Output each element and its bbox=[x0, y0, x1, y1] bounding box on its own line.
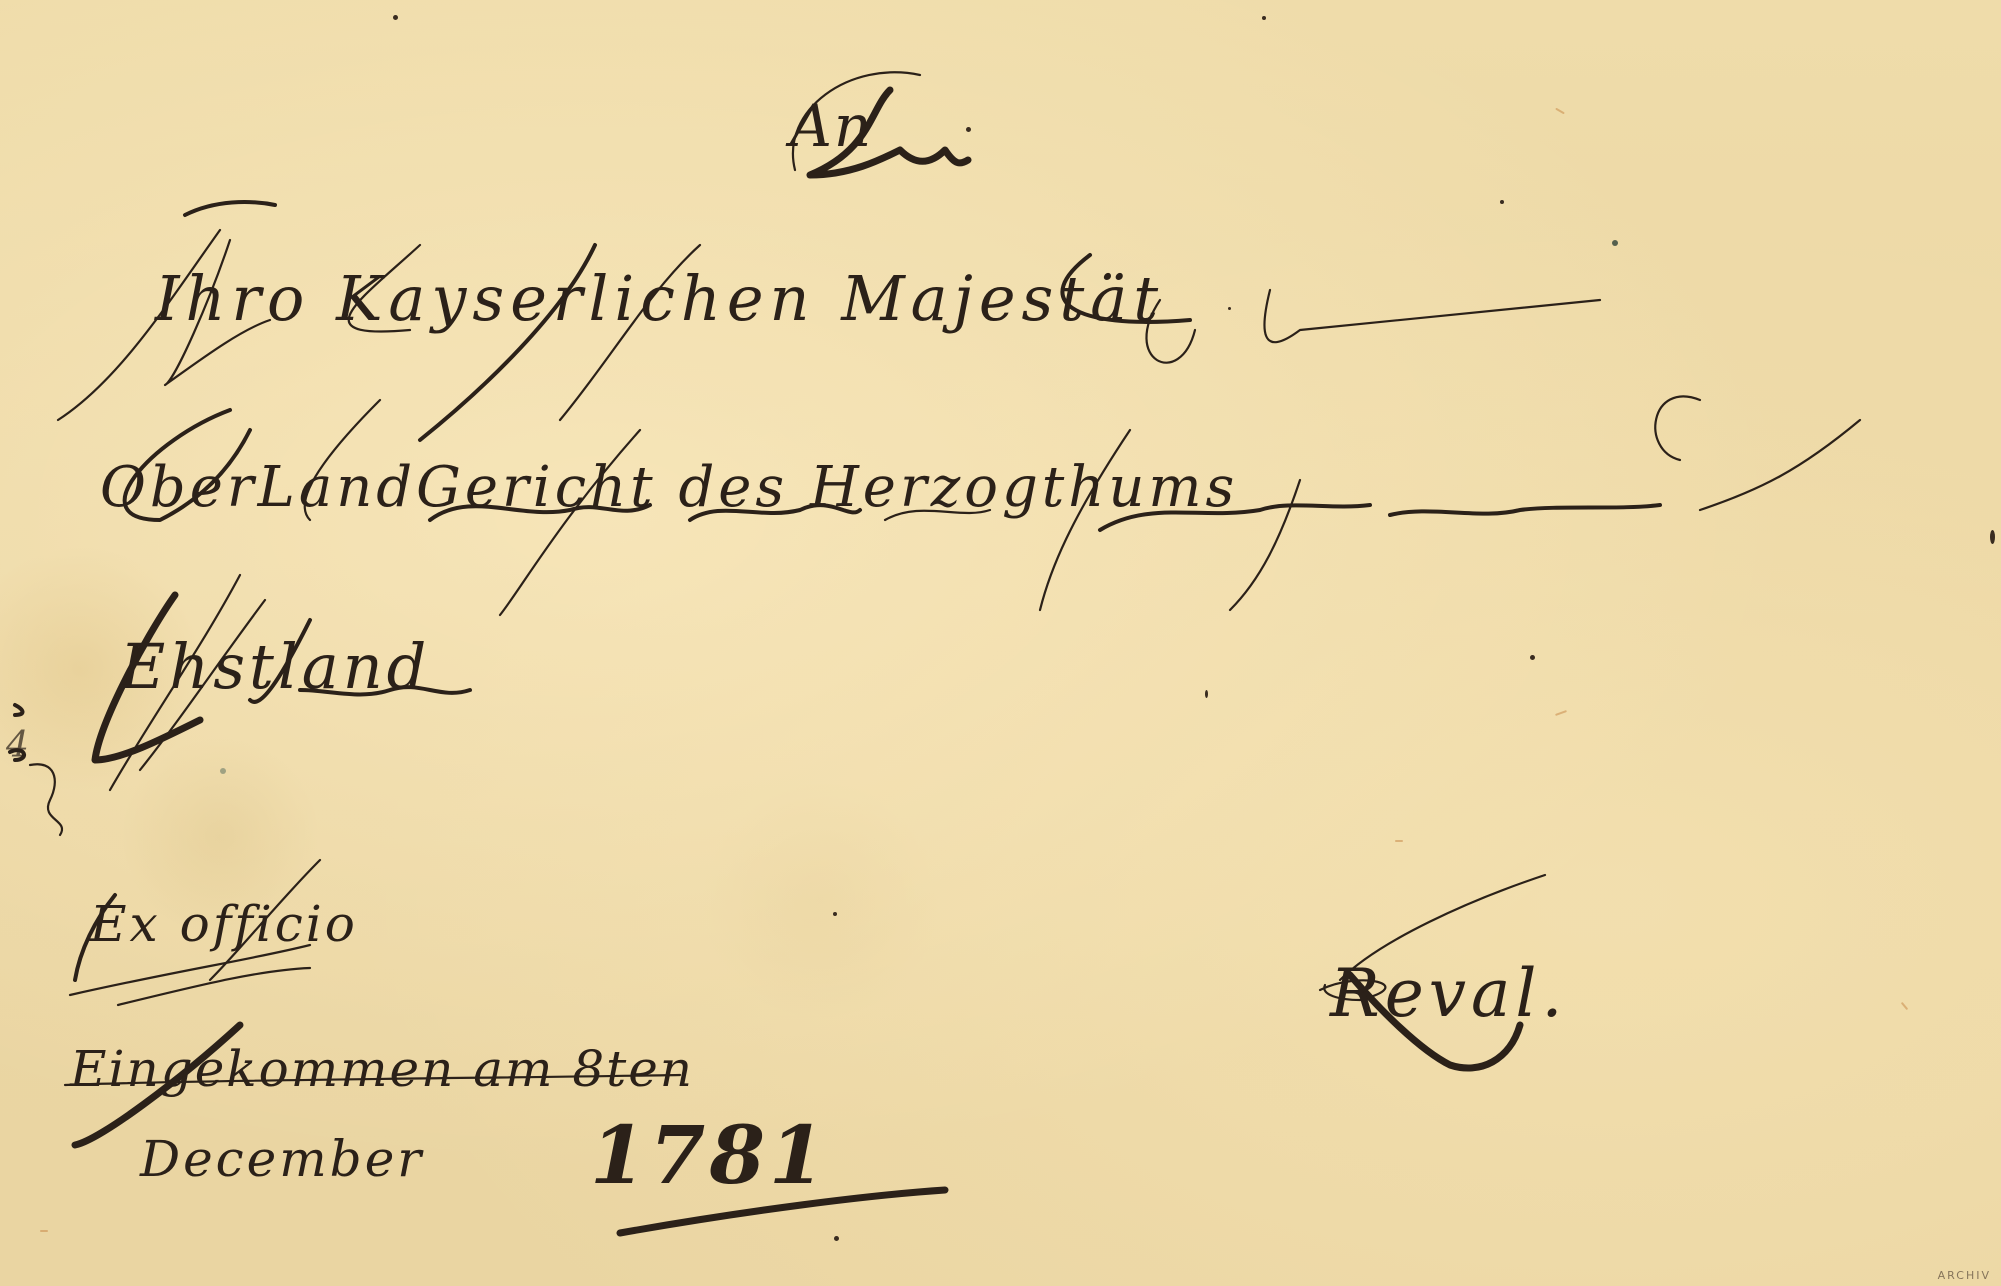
salutation-an: An bbox=[790, 92, 873, 160]
receipt-line-2-month: December bbox=[140, 1130, 424, 1188]
address-line-2: OberLandGericht des Herzogthums bbox=[100, 455, 1238, 520]
address-line-1: Ihro Kayserlichen Majestät bbox=[155, 262, 1164, 335]
receipt-line-1: Eingekommen am 8ten bbox=[70, 1040, 694, 1098]
ex-officio-note: Ex officio bbox=[90, 895, 358, 953]
destination-reval: Reval. bbox=[1330, 955, 1567, 1032]
receipt-year: 1781 bbox=[590, 1108, 829, 1202]
document-page: An Ihro Kayserlichen Majestät OberLandGe… bbox=[0, 0, 2001, 1286]
corner-archive-stamp: ARCHIV bbox=[1938, 1269, 1991, 1282]
margin-mark: 4 bbox=[6, 725, 31, 766]
address-line-3: Ehstland bbox=[120, 630, 430, 703]
